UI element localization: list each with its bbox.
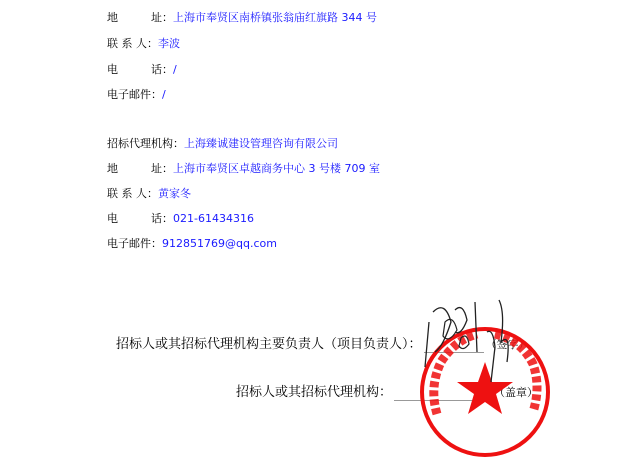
tenderer-address-row: 地 址：上海市奉贤区南桥镇张翁庙红旗路 344 号	[107, 11, 377, 25]
phone-label: 电 话：	[107, 212, 173, 226]
email-label: 电子邮件：	[107, 237, 162, 251]
agency-name-row: 招标代理机构：上海臻诚建设管理咨询有限公司	[107, 137, 338, 151]
agency-email-row: 电子邮件：912851769@qq.com	[107, 237, 277, 251]
email-label: 电子邮件：	[107, 88, 162, 102]
tenderer-contact: 李波	[158, 37, 180, 50]
company-seal-icon	[415, 292, 555, 464]
agency-contact: 黄家冬	[158, 187, 191, 200]
agency-address-row: 地 址：上海市奉贤区卓越商务中心 3 号楼 709 室	[107, 162, 380, 176]
agency-name-label: 招标代理机构：	[107, 137, 184, 151]
contact-label: 联 系 人：	[107, 37, 158, 51]
address-label: 地 址：	[107, 162, 173, 176]
principal-label: 招标人或其招标代理机构主要负责人（项目负责人）：	[116, 337, 422, 352]
address-label: 地 址：	[107, 11, 173, 25]
agency-name: 上海臻诚建设管理咨询有限公司	[184, 137, 338, 150]
tenderer-email: /	[162, 88, 166, 101]
tenderer-contact-row: 联 系 人：李波	[107, 37, 180, 51]
contact-label: 联 系 人：	[107, 187, 158, 201]
org-label: 招标人或其招标代理机构：	[236, 385, 392, 400]
agency-email: 912851769@qq.com	[162, 237, 277, 250]
agency-phone: 021-61434316	[173, 212, 254, 225]
phone-label: 电 话：	[107, 63, 173, 77]
agency-address: 上海市奉贤区卓越商务中心 3 号楼 709 室	[173, 162, 380, 175]
agency-contact-row: 联 系 人：黄家冬	[107, 187, 191, 201]
tenderer-phone-row: 电 话：/	[107, 63, 177, 77]
tenderer-email-row: 电子邮件：/	[107, 88, 166, 102]
tenderer-phone: /	[173, 63, 177, 76]
agency-phone-row: 电 话：021-61434316	[107, 212, 254, 226]
tenderer-address: 上海市奉贤区南桥镇张翁庙红旗路 344 号	[173, 11, 377, 24]
